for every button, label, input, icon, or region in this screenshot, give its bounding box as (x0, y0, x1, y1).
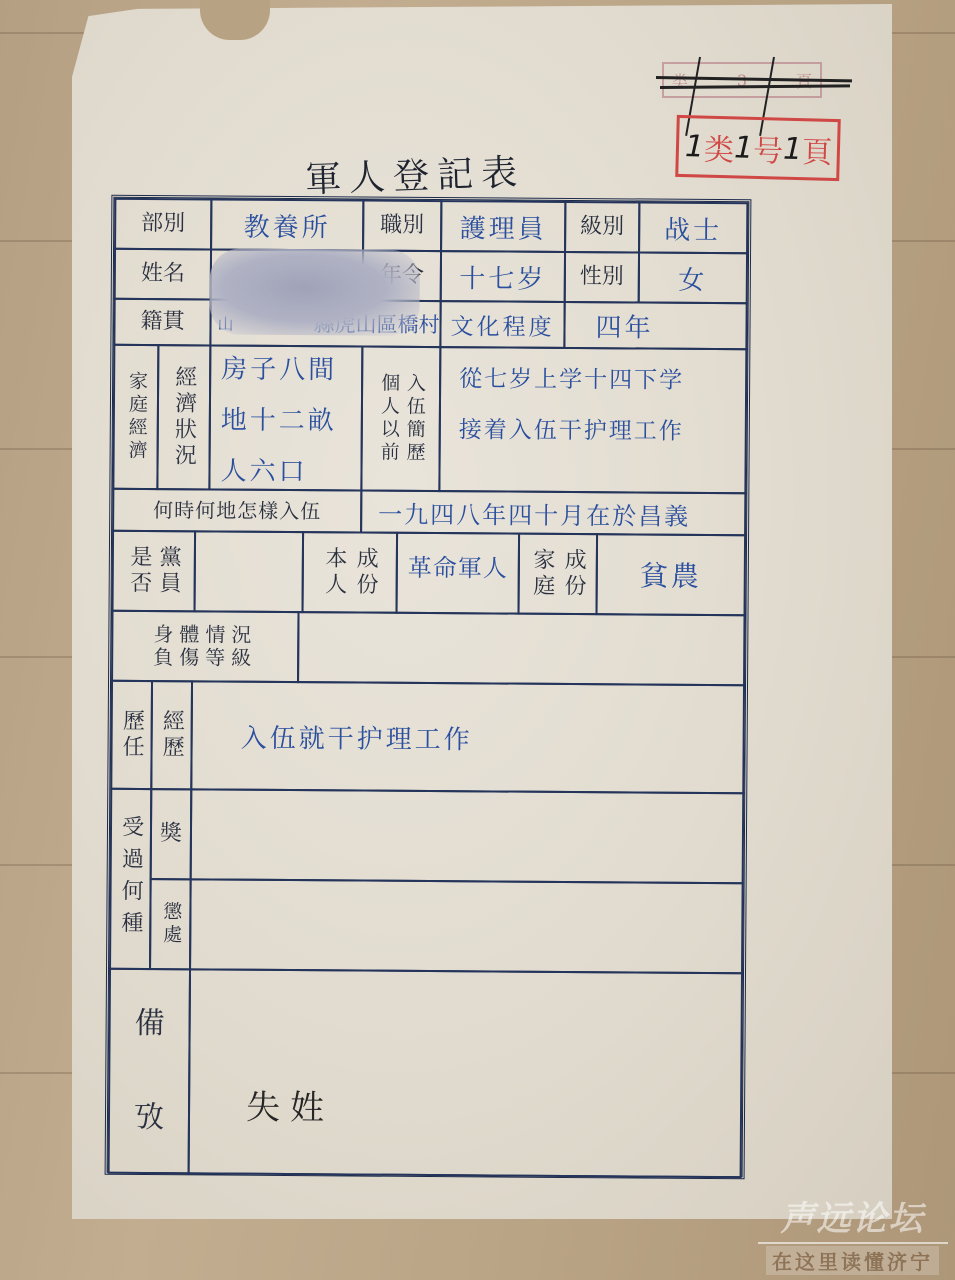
punish-sub-cell: 懲處 (149, 878, 192, 970)
family-class-value: 貧農 (640, 554, 702, 594)
history-value-line1: 從七岁上学十四下学 (459, 360, 684, 395)
enlist-value: 一九四八年四十月在於昌義 (378, 494, 690, 531)
self-class-label-a: 本人 (321, 546, 347, 598)
self-class-value-cell: 革命軍人 (396, 532, 521, 615)
self-class-label-cell: 本人 成份 (302, 531, 399, 614)
education-value-cell: 四年 (563, 301, 747, 350)
enlist-label-cell: 何時何地怎樣入伍 (112, 488, 362, 534)
reward-value-cell (190, 788, 745, 884)
rank-label-cell: 級別 (564, 201, 640, 254)
education-value: 四年 (595, 307, 653, 344)
history-value-line2: 接着入伍干护理工作 (459, 411, 684, 446)
remarks-label-b: 攷 (134, 1101, 164, 1136)
enlist-value-cell: 一九四八年四十月在於昌義 (360, 490, 746, 537)
history-label-cell: 個人以前 入伍簡歷 (360, 346, 441, 493)
family-value-people: 人六口 (220, 450, 307, 488)
party-label-a: 是否 (126, 545, 152, 597)
reward-label: 受過何種 (118, 815, 144, 943)
stamp-class-label: 类 (704, 125, 735, 170)
punish-value-cell (189, 878, 744, 974)
form-title: 軍人登記表 (304, 144, 526, 203)
name-label: 姓名 (141, 261, 185, 287)
stamp-number-label: 号 (753, 126, 784, 171)
name-label-cell: 姓名 (114, 248, 212, 301)
stamp-page-value: 1 (783, 131, 803, 166)
career-label-b-cell: 經歷 (150, 680, 193, 790)
stamp-page-label: 頁 (802, 127, 833, 172)
career-label-a-cell: 歷任 (110, 680, 153, 790)
family-class-label-a: 家庭 (529, 548, 555, 600)
rank-label: 級別 (580, 214, 624, 240)
history-value-cell: 從七岁上学十四下学 接着入伍干护理工作 (438, 346, 747, 494)
party-value-cell (194, 530, 305, 613)
reward-sub-cell: 獎 (150, 788, 193, 880)
health-label-a: 身體情況 (153, 623, 257, 647)
career-value-cell: 入伍就干护理工作 (190, 680, 745, 794)
reward-sub-label: 獎 (160, 821, 182, 846)
position-label-cell: 職別 (362, 200, 442, 253)
reward-label-cell: 受過何種 (109, 788, 152, 970)
self-class-label-b: 成份 (353, 546, 379, 598)
sex-label: 性別 (580, 264, 624, 290)
party-label-b: 黨員 (156, 545, 182, 597)
family-value-land: 地十二畝 (221, 399, 337, 437)
age-value: 十七岁 (459, 258, 546, 296)
history-label-b: 入伍簡歷 (403, 373, 425, 465)
position-value-cell: 護理員 (440, 200, 566, 253)
family-class-label-b: 成份 (561, 548, 587, 600)
rank-value-cell: 战士 (638, 201, 748, 254)
native-label-cell: 籍貫 (113, 298, 211, 347)
watermark-divider (758, 1242, 948, 1244)
family-label-outer: 家庭經濟 (125, 371, 147, 463)
family-value-house: 房子八間 (221, 348, 337, 386)
remarks-value: 失姓 (246, 1080, 334, 1130)
history-label-a: 個人以前 (377, 373, 399, 465)
archive-stamp: 1 类 1 号 1 頁 (675, 115, 841, 181)
punish-sub-label: 懲處 (159, 901, 181, 947)
unit-value-cell: 教養所 (210, 198, 364, 251)
career-label-a: 歷任 (119, 709, 145, 761)
unit-label: 部別 (141, 211, 185, 237)
age-value-cell: 十七岁 (440, 250, 566, 303)
stamp-class-value: 1 (685, 129, 705, 164)
position-label: 職別 (380, 213, 424, 239)
family-class-label-cell: 家庭 成份 (518, 533, 599, 616)
career-value: 入伍就干护理工作 (241, 717, 473, 756)
remarks-value-cell: 失姓 (188, 968, 743, 1178)
sex-value-cell: 女 (638, 251, 748, 304)
remarks-label-a: 備 (135, 1006, 165, 1041)
health-label-b: 負傷等級 (153, 646, 257, 670)
unit-value: 教養所 (244, 206, 331, 244)
watermark: 声远论坛 在这里读懂济宁 (750, 1185, 955, 1280)
party-label-cell: 是否 黨員 (112, 530, 197, 613)
education-label: 文化程度 (450, 308, 554, 342)
family-label-inner-cell: 經濟狀況 (156, 344, 211, 490)
registration-form: 部別 教養所 職別 護理員 級別 战士 姓名 年令 十七岁 性別 女 籍貫 山 … (105, 195, 752, 1179)
watermark-slogan: 在这里读懂济宁 (766, 1246, 939, 1275)
sex-value: 女 (678, 259, 707, 296)
career-label-b: 經歷 (159, 709, 185, 761)
health-value-cell (297, 611, 745, 686)
family-value-cell: 房子八間 地十二畝 人六口 (208, 344, 363, 491)
enlist-label: 何時何地怎樣入伍 (153, 499, 321, 523)
sex-label-cell: 性別 (564, 251, 640, 304)
native-label: 籍貫 (140, 309, 184, 335)
remarks-label-cell: 備 攷 (108, 968, 191, 1175)
family-label-inner: 經濟狀況 (171, 365, 197, 469)
watermark-logo-text: 声远论坛 (781, 1191, 925, 1240)
education-label-cell: 文化程度 (439, 300, 565, 349)
health-label-cell: 身體情況 負傷等級 (111, 610, 299, 683)
family-class-value-cell: 貧農 (596, 533, 747, 616)
self-class-value: 革命軍人 (408, 548, 508, 584)
redaction-blur (209, 248, 420, 335)
family-label-outer-cell: 家庭經濟 (112, 344, 159, 490)
stamp-number-value: 1 (734, 130, 754, 165)
unit-label-cell: 部別 (114, 198, 212, 251)
position-value: 護理員 (460, 208, 547, 246)
rank-value: 战士 (664, 209, 722, 246)
